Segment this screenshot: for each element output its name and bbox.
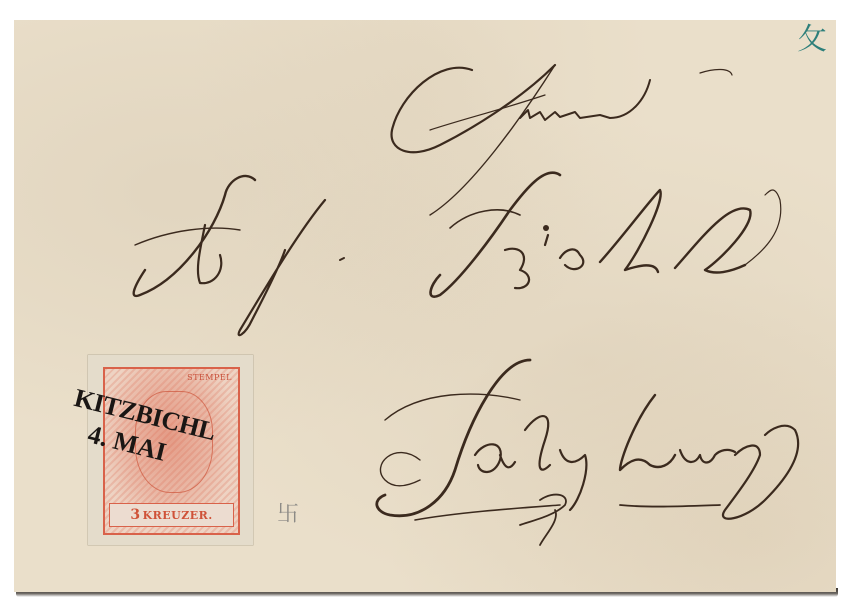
stamp-top-label: STEMPEL (187, 373, 232, 382)
stamp-value-number: 3 (130, 507, 140, 523)
stamp-value-unit: KREUZER. (143, 509, 213, 522)
stamp-value: 3 KREUZER. (109, 503, 234, 527)
address-line-name (134, 173, 781, 335)
corner-mark: ⺙ (797, 25, 827, 55)
address-line-herrn (392, 65, 732, 215)
pencil-mark: 卐 (277, 497, 299, 528)
address-line-city (377, 360, 798, 545)
